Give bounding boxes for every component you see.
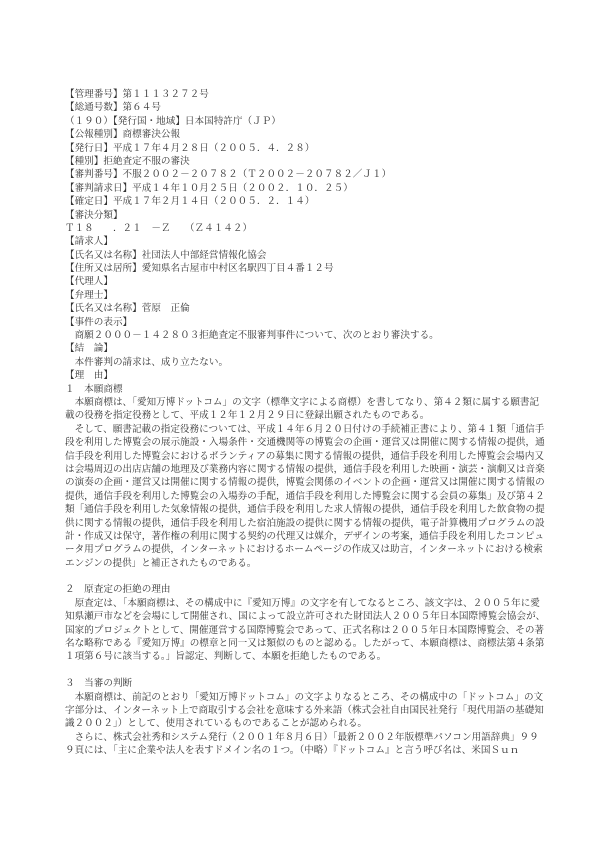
spacer-line	[65, 664, 549, 677]
reason-section-1-line: 段を利用した博覧会の展示施設・入場条件・交通機関等の博覧会の企画・運営又は開催に…	[65, 436, 549, 449]
bibliographic-line: 【氏名又は名称】菅原 正倫	[65, 302, 549, 315]
bibliographic-line: 【代理人】	[65, 275, 549, 288]
reason-section-2-line: 原査定は、「本願商標は、その構成中に『愛知万博』の文字を有してなるところ、該文字…	[65, 597, 549, 610]
reason-section-3-line: 本願商標は、前記のとおり「愛知万博ドットコム」の文字よりなるところ、その構成中の…	[65, 691, 549, 704]
reason-section-3-line: 字部分は、インターネット上で商取引する会社を意味する外来語（株式会社自由国民社発…	[65, 704, 549, 717]
spacer-line	[65, 570, 549, 583]
bibliographic-line: 【総通号数】第６４号	[65, 101, 549, 114]
reason-section-1-line: 提供，通信手段を利用した博覧会の入場券の手配，通信手段を利用した博覧会に関する会…	[65, 490, 549, 503]
reason-section-3-line: さらに、株式会社秀和システム発行（２００１年８月６日）「最新２００２年版標準パソ…	[65, 731, 549, 744]
bibliographic-line: （１９０）【発行国・地域】日本国特許庁（ＪＰ）	[65, 115, 549, 128]
reason-section-3-line: ３ 当審の判断	[65, 677, 549, 690]
reason-section-2-line: 国家的プロジェクトとして、開催運営する国際博覧会であって、正式名称は２００５年日…	[65, 624, 549, 637]
reason-section-1-line: 信手段を利用した博覧会におけるボランティアの募集に関する情報の提供，通信手段を利…	[65, 450, 549, 463]
bibliographic-line: 【審判請求日】平成１４年１０月２５日（２００２．１０．２５）	[65, 182, 549, 195]
gazette-document: 【管理番号】第１１１３２７２号【総通号数】第６４号（１９０）【発行国・地域】日本…	[65, 88, 549, 758]
case-indication-line: 【事件の表示】	[65, 316, 549, 329]
bibliographic-line: 【確定日】平成１７年２月１４日（２００５．２．１４）	[65, 195, 549, 208]
bibliographic-line: 【審判番号】不服２００２－２０７８２（Ｔ２００２－２０７８２／Ｊ１）	[65, 168, 549, 181]
bibliographic-line: 【審決分類】	[65, 209, 549, 222]
reason-section-1-line: エンジンの提供」と補正されたものである。	[65, 557, 549, 570]
reason-section-1-line: 本願商標は、「愛知万博ドットコム」の文字（標準文字による商標）を書してなり、第４…	[65, 396, 549, 409]
reason-section-3-line: ９頁には、「主に企業や法人を表すドメイン名の１つ。（中略）『ドットコム』と言う呼…	[65, 744, 549, 757]
reason-section-3-line: 識２００２」）として、使用されているものであることが認められる。	[65, 717, 549, 730]
bibliographic-line: Ｔ１８ ．２１ －Ｚ （Ｚ４１４２）	[65, 222, 549, 235]
reason-section-2-line: 名な略称である『愛知万博』の標章と同一又は類似のものと認める。したがって、本願商…	[65, 637, 549, 650]
reason-section-2-line: １項第６号に該当する。」旨認定、判断して、本願を拒絶したものである。	[65, 650, 549, 663]
bibliographic-line: 【氏名又は名称】社団法人中部経営情報化協会	[65, 249, 549, 262]
bibliographic-line: 【管理番号】第１１１３２７２号	[65, 88, 549, 101]
reason-section-1-line: 計・作成又は保守，著作権の利用に関する契約の代理又は媒介，デザインの考案，通信手…	[65, 530, 549, 543]
reason-section-1-line: １ 本願商標	[65, 383, 549, 396]
case-indication-line: 商願２０００－１４２８０３拒絶査定不服審判事件について、次のとおり審決する。	[65, 329, 549, 342]
bibliographic-line: 【住所又は居所】愛知県名古屋市中村区名駅四丁目４番１２号	[65, 262, 549, 275]
reason-section-1-line: 類「通信手段を利用した気象情報の提供，通信手段を利用した求人情報の提供，通信手段…	[65, 503, 549, 516]
bibliographic-line: 【公報種別】商標審決公報	[65, 128, 549, 141]
reason-section-2-line: 知県瀬戸市などを会場にして開催され、国によって設立許可された財団法人２００５年日…	[65, 610, 549, 623]
bibliographic-line: 【弁理士】	[65, 289, 549, 302]
bibliographic-line: 【種別】拒絶査定不服の審決	[65, 155, 549, 168]
conclusion-line: 本件審判の請求は、成り立たない。	[65, 356, 549, 369]
reason-section-1-line: そして、願書記載の指定役務については、平成１４年６月２０日付けの手続補正書により…	[65, 423, 549, 436]
reason-section-1-line: 供に関する情報の提供，通信手段を利用した宿泊施設の提供に関する情報の提供，電子計…	[65, 517, 549, 530]
bibliographic-line: 【発行日】平成１７年４月２８日（２００５．４．２８）	[65, 142, 549, 155]
reason-section-1-line: の演奏の企画・運営又は開催に関する情報の提供，博覧会関係のイベントの企画・運営又…	[65, 476, 549, 489]
reason-section-1-line: は会場周辺の出店店舗の地理及び業務内容に関する情報の提供，通信手段を利用した映画…	[65, 463, 549, 476]
reason-section-1-line: ータ用プログラムの提供，インターネットにおけるホームページの作成又は助言，インタ…	[65, 543, 549, 556]
bibliographic-line: 【請求人】	[65, 235, 549, 248]
conclusion-line: 【結 論】	[65, 342, 549, 355]
reason-section-2-line: ２ 原査定の拒絶の理由	[65, 583, 549, 596]
reason-section-1-line: 載の役務を指定役務として、平成１２年１２月２９日に登録出願されたものである。	[65, 409, 549, 422]
gazette-page: 【管理番号】第１１１３２７２号【総通号数】第６４号（１９０）【発行国・地域】日本…	[0, 0, 600, 849]
reason-heading-line: 【理 由】	[65, 369, 549, 382]
